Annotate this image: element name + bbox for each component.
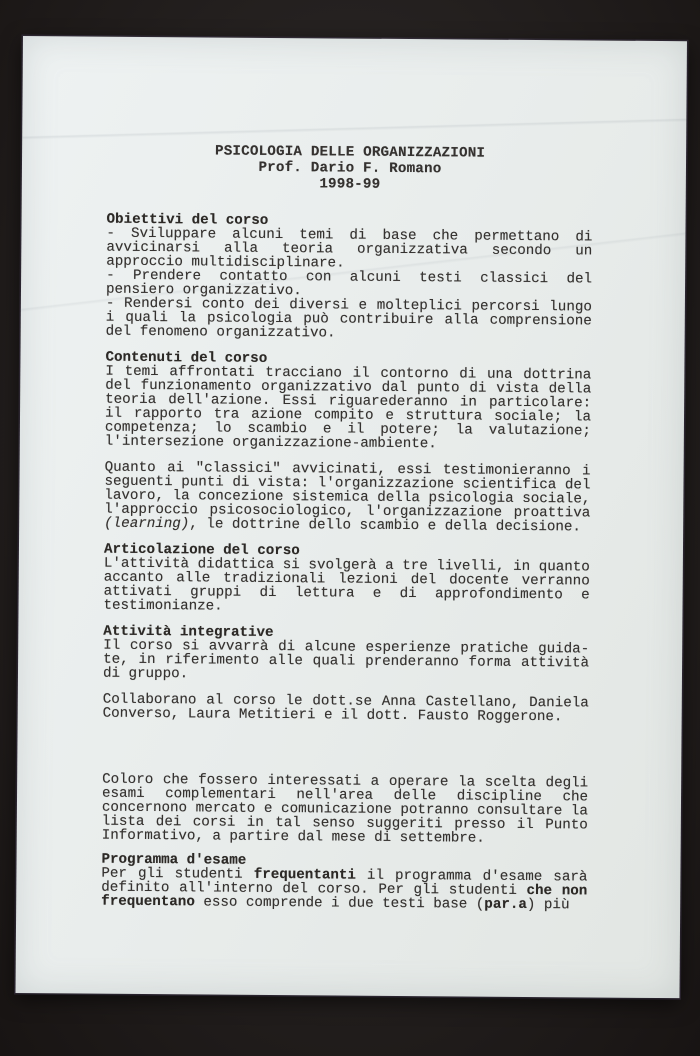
text-segment: , le dottrine dello scambio e della deci… <box>189 516 581 535</box>
paragraph-collaborators: Collaborano al corso le dott.se Anna Cas… <box>103 693 589 725</box>
paragraph-articolazione: L'attività didattica si svolgerà a tre l… <box>103 557 589 617</box>
text-segment: ) più <box>527 897 570 913</box>
paragraph-attivita: Il corso si avvarrà di alcune esperienze… <box>103 639 589 685</box>
section-attivita-integrative: Attività integrative Il corso si avvarrà… <box>103 625 590 725</box>
document-academic-year: 1998-99 <box>107 175 593 195</box>
section-contenuti: Contenuti del corso I temi affrontati tr… <box>104 351 591 535</box>
paragraph-contenuti-2: Quanto ai "classici" avvicinati, essi te… <box>104 461 591 535</box>
paragraph-nota-esami: Coloro che fossero interessati a operare… <box>102 773 589 847</box>
section-obiettivi: Obiettivi del corso - Sviluppare alcuni … <box>106 213 593 343</box>
paragraph-programma: Per gli studenti frequentanti il program… <box>101 867 587 913</box>
section-articolazione: Articolazione del corso L'attività didat… <box>103 543 590 617</box>
text-segment: esso comprende i due testi base ( <box>195 894 485 912</box>
paragraph-contenuti-1: I temi affrontati tracciano il contorno … <box>105 365 592 453</box>
bullet-item: - Rendersi conto dei diversi e molteplic… <box>106 297 592 343</box>
bullet-item: - Sviluppare alcuni temi di base che per… <box>106 227 592 273</box>
document-header: PSICOLOGIA DELLE ORGANIZZAZIONI Prof. Da… <box>107 143 593 195</box>
document-content: PSICOLOGIA DELLE ORGANIZZAZIONI Prof. Da… <box>101 143 593 913</box>
text-segment: Quanto ai "classici" avvicinati, essi te… <box>104 460 590 522</box>
text-segment-italic: (learning) <box>104 516 189 533</box>
text-segment-bold: par.a <box>484 897 527 913</box>
paper-sheet: PSICOLOGIA DELLE ORGANIZZAZIONI Prof. Da… <box>15 36 686 998</box>
section-programma-esame: Programma d'esame Per gli studenti frequ… <box>101 853 587 913</box>
photo-background: PSICOLOGIA DELLE ORGANIZZAZIONI Prof. Da… <box>0 0 700 1056</box>
